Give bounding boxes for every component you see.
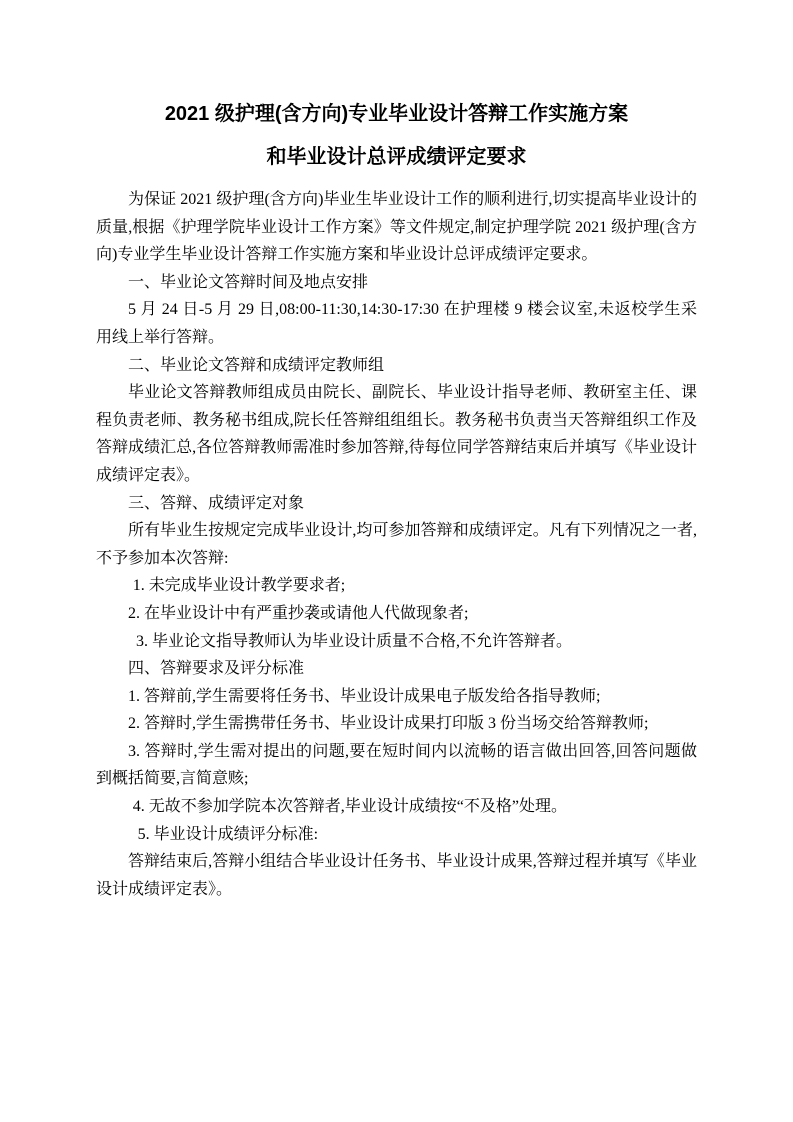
paragraph-eligibility: 所有毕业生按规定完成毕业设计,均可参加答辩和成绩评定。凡有下列情况之一者,不予参… bbox=[96, 517, 697, 572]
document-title: 2021 级护理(含方向)专业毕业设计答辩工作实施方案 和毕业设计总评成绩评定要… bbox=[96, 99, 697, 172]
document-body: 为保证 2021 级护理(含方向)毕业生毕业设计工作的顺利进行,切实提高毕业设计… bbox=[96, 186, 697, 903]
list-item-requirement-1: 1. 答辩前,学生需要将任务书、毕业设计成果电子版发给各指导教师; bbox=[96, 683, 697, 711]
list-item-exclusion-2: 2. 在毕业设计中有严重抄袭或请他人代做现象者; bbox=[96, 600, 697, 628]
list-item-requirement-3: 3. 答辩时,学生需对提出的问题,要在短时间内以流畅的语言做出回答,回答问题做到… bbox=[96, 738, 697, 793]
paragraph-closing: 答辩结束后,答辩小组结合毕业设计任务书、毕业设计成果,答辩过程并填写《毕业设计成… bbox=[96, 848, 697, 903]
list-item-exclusion-1: 1. 未完成毕业设计教学要求者; bbox=[96, 572, 697, 600]
document-title-line-2: 和毕业设计总评成绩评定要求 bbox=[96, 142, 697, 172]
document-page: 2021 级护理(含方向)专业毕业设计答辩工作实施方案 和毕业设计总评成绩评定要… bbox=[0, 0, 793, 1122]
list-item-requirement-2: 2. 答辩时,学生需携带任务书、毕业设计成果打印版 3 份当场交给答辩教师; bbox=[96, 710, 697, 738]
list-item-requirement-5: 5. 毕业设计成绩评分标准: bbox=[96, 821, 697, 849]
document-title-line-1: 2021 级护理(含方向)专业毕业设计答辩工作实施方案 bbox=[96, 99, 697, 129]
paragraph-defense-schedule: 5 月 24 日-5 月 29 日,08:00-11:30,14:30-17:3… bbox=[96, 296, 697, 351]
list-item-requirement-4: 4. 无故不参加学院本次答辩者,毕业设计成绩按“不及格”处理。 bbox=[96, 793, 697, 821]
paragraph-intro: 为保证 2021 级护理(含方向)毕业生毕业设计工作的顺利进行,切实提高毕业设计… bbox=[96, 186, 697, 269]
list-item-exclusion-3: 3. 毕业论文指导教师认为毕业设计质量不合格,不允许答辩者。 bbox=[96, 628, 697, 656]
section-heading-4: 四、答辩要求及评分标准 bbox=[96, 655, 697, 683]
section-heading-3: 三、答辩、成绩评定对象 bbox=[96, 490, 697, 518]
section-heading-2: 二、毕业论文答辩和成绩评定教师组 bbox=[96, 352, 697, 380]
paragraph-teacher-group: 毕业论文答辩教师组成员由院长、副院长、毕业设计指导老师、教研室主任、课程负责老师… bbox=[96, 379, 697, 489]
section-heading-1: 一、毕业论文答辩时间及地点安排 bbox=[96, 269, 697, 297]
